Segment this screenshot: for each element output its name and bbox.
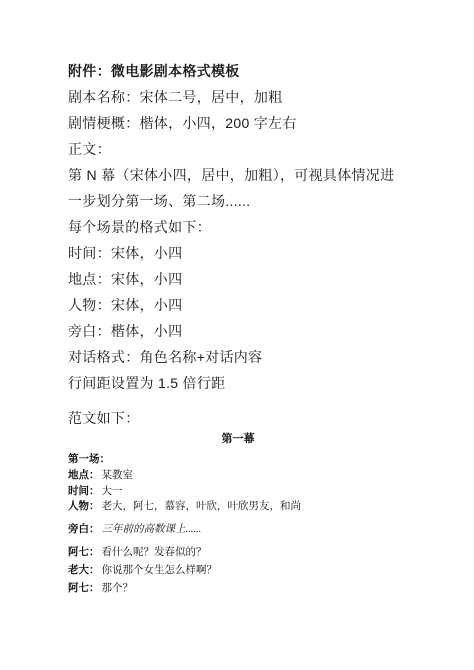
instruction-line: 剧情梗概：楷体，小四，200 字左右 xyxy=(68,110,408,136)
scene-meta-location: 地点：某教室 xyxy=(68,468,408,484)
instruction-line: 正文： xyxy=(68,136,408,162)
meta-value: 老大，阿七，慕容，叶欣，叶欣男友，和尚 xyxy=(102,501,302,512)
scene-meta-characters: 人物：老大，阿七，慕容，叶欣，叶欣男友，和尚 xyxy=(68,499,408,515)
narration-text: 三年前的高数课上...... xyxy=(102,524,202,535)
speaker-label: 阿七： xyxy=(68,547,100,558)
sample-section-heading: 范文如下： xyxy=(68,405,408,431)
meta-value: 某教室 xyxy=(102,470,134,481)
instruction-line: 每个场景的格式如下： xyxy=(68,214,408,240)
dialogue-line: 阿七：看什么呢？发春似的？ xyxy=(68,544,408,562)
dialogue-line: 老大：你说那个女生怎么样啊？ xyxy=(68,562,408,580)
dialogue-text: 你说那个女生怎么样啊？ xyxy=(102,565,218,576)
instruction-line: 剧本名称：宋体二号，居中，加粗 xyxy=(68,84,408,110)
dialogue-text: 看什么呢？发春似的？ xyxy=(102,547,207,558)
instruction-line: 旁白：楷体，小四 xyxy=(68,318,408,344)
meta-label: 地点： xyxy=(68,470,100,481)
speaker-label: 阿七： xyxy=(68,583,100,594)
dialogue-line: 阿七：那个？ xyxy=(68,580,408,598)
format-instructions-section: 附件：微电影剧本格式模板 剧本名称：宋体二号，居中，加粗 剧情梗概：楷体，小四，… xyxy=(68,58,408,396)
document-title: 附件：微电影剧本格式模板 xyxy=(68,58,408,84)
scene-label: 第一场： xyxy=(68,452,408,468)
instruction-line: 时间：宋体，小四 xyxy=(68,240,408,266)
act-title: 第一幕 xyxy=(68,431,408,448)
instruction-line: 地点：宋体，小四 xyxy=(68,266,408,292)
speaker-label: 老大： xyxy=(68,565,100,576)
instruction-line: 人物：宋体，小四 xyxy=(68,292,408,318)
scene-meta-time: 时间：大一 xyxy=(68,484,408,500)
narration-label: 旁白： xyxy=(68,524,100,535)
meta-label: 人物： xyxy=(68,501,100,512)
meta-label: 时间： xyxy=(68,486,100,497)
sample-script-section: 第一幕 第一场： 地点：某教室 时间：大一 人物：老大，阿七，慕容，叶欣，叶欣男… xyxy=(68,431,408,598)
dialogue-text: 那个？ xyxy=(102,583,134,594)
instruction-line: 第 N 幕（宋体小四，居中，加粗），可视具体情况进一步划分第一场、第二场....… xyxy=(68,162,408,214)
meta-value: 大一 xyxy=(102,486,123,497)
instruction-line: 行间距设置为 1.5 倍行距 xyxy=(68,370,408,396)
narration-line: 旁白：三年前的高数课上...... xyxy=(68,522,408,538)
instruction-line: 对话格式：角色名称+对话内容 xyxy=(68,344,408,370)
dialogue-block: 阿七：看什么呢？发春似的？ 老大：你说那个女生怎么样啊？ 阿七：那个？ xyxy=(68,544,408,598)
document-page: 附件：微电影剧本格式模板 剧本名称：宋体二号，居中，加粗 剧情梗概：楷体，小四，… xyxy=(68,58,408,598)
